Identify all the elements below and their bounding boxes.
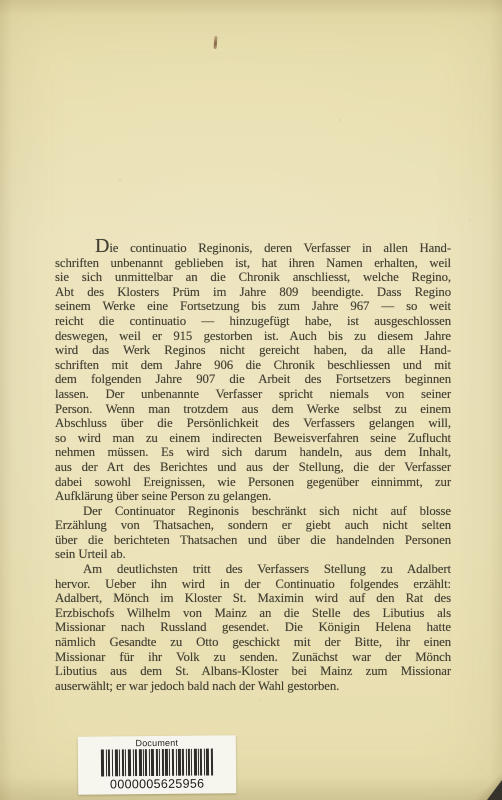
barcode-bar <box>135 749 137 776</box>
text-line: schriften unbenannt geblieben ist, hat i… <box>55 256 451 271</box>
text-line: auserwählt; er war jedoch bald nach der … <box>55 679 451 694</box>
text-line: Abt des Klosters Prüm im Jahre 809 beend… <box>55 285 451 300</box>
barcode-bar <box>119 749 120 776</box>
paragraph: Die continuatio Reginonis, deren Verfass… <box>55 241 451 504</box>
body-text-block: Die continuatio Reginonis, deren Verfass… <box>55 241 451 693</box>
pen-mark-artifact <box>214 36 217 49</box>
barcode-bar <box>200 749 202 776</box>
barcode-bar <box>194 749 197 776</box>
text-line: Missionar für ihr Volk zu senden. Zunäch… <box>55 650 451 665</box>
text-line: reicht die continuatio — hinzugefügt hab… <box>55 314 451 329</box>
text-line: Abschluss über die Persönlichkeit des Ve… <box>55 416 451 431</box>
barcode-number: 0000005625956 <box>78 776 236 792</box>
dropcap-initial: D <box>95 235 109 257</box>
barcode-bar <box>162 749 164 776</box>
barcode-bar <box>151 749 154 776</box>
text-line: deswegen, weil er 915 gestorben ist. Auc… <box>55 329 451 344</box>
text-line: so wird man zu einem indirecten Beweisve… <box>55 431 451 446</box>
barcode-bar <box>206 749 209 776</box>
barcode-bar <box>128 749 131 776</box>
text-line: Missionar nach Russland gesendet. Die Kö… <box>55 620 451 635</box>
text-line: schriften mit dem Jahre 906 die Chronik … <box>55 358 451 373</box>
text-line: aus der Art des Berichtes und aus der St… <box>55 460 451 475</box>
text-line: Adalbert, Mönch im Kloster St. Maximin w… <box>55 591 451 606</box>
barcode-bar <box>125 749 126 776</box>
paragraph: Der Continuator Reginonis beschränkt sic… <box>55 504 451 562</box>
barcode-bar <box>115 749 118 776</box>
text-line: Der Continuator Reginonis beschränkt sic… <box>55 504 451 519</box>
barcode-bar <box>122 749 124 776</box>
text-line: Erzbischofs Wilhelm von Mainz an die Ste… <box>55 606 451 621</box>
text-line: sie sich unmittelbar an die Chronik ansc… <box>55 270 451 285</box>
barcode-bar <box>188 749 190 776</box>
barcode-bar <box>101 749 104 776</box>
text-line: dabei sowohl Ereignissen, wie Personen g… <box>55 475 451 490</box>
barcode-bar <box>191 749 192 776</box>
barcode-bar <box>165 749 168 776</box>
text-line: sein Urteil ab. <box>55 547 451 562</box>
text-line: über die berichteten Thatsachen und über… <box>55 533 451 548</box>
scanned-book-page: Die continuatio Reginonis, deren Verfass… <box>0 0 502 800</box>
barcode-bars <box>99 748 215 776</box>
barcode-bar <box>159 749 160 776</box>
text-line: Libutius aus dem St. Albans-Kloster bei … <box>55 664 451 679</box>
barcode-bar <box>112 749 113 776</box>
barcode-bar <box>139 749 142 776</box>
text-line: lassen. Der unbenannte Verfasser spricht… <box>55 387 451 402</box>
paragraph: Am deutlichsten tritt des Verfassers Ste… <box>55 562 451 693</box>
barcode-bar <box>169 749 170 776</box>
text-line: dem folgenden Jahre 907 die Arbeit des F… <box>55 372 451 387</box>
barcode-bar <box>156 749 158 776</box>
text-line: Erzählung von Thatsachen, sondern er gie… <box>55 518 451 533</box>
barcode-bar <box>211 749 213 776</box>
text-line: nehmen müssen. Es wird sich darum handel… <box>55 445 451 460</box>
text-line: Die continuatio Reginonis, deren Verfass… <box>55 241 451 256</box>
barcode-label: Document 0000005625956 <box>78 735 237 794</box>
text-line: wird das Werk Reginos nicht gereicht hab… <box>55 343 451 358</box>
text-line: nämlich Gesandte zu Otto geschickt mit d… <box>55 635 451 650</box>
text-line: hervor. Ueber ihn wird in der Continuati… <box>55 577 451 592</box>
barcode-bar <box>108 749 110 776</box>
barcode-bar <box>145 749 147 776</box>
barcode-title: Document <box>78 735 236 748</box>
barcode-bar <box>172 749 174 776</box>
barcode-bar <box>182 749 184 776</box>
text-line: Am deutlichsten tritt des Verfassers Ste… <box>55 562 451 577</box>
barcode-bar <box>178 749 181 776</box>
text-line: Person. Wenn man trotzdem aus dem Werke … <box>55 402 451 417</box>
text-line: seinem Werke eine Fortsetzung bis zum Ja… <box>55 299 451 314</box>
text-line: Aufklärung über seine Person zu gelangen… <box>55 489 451 504</box>
